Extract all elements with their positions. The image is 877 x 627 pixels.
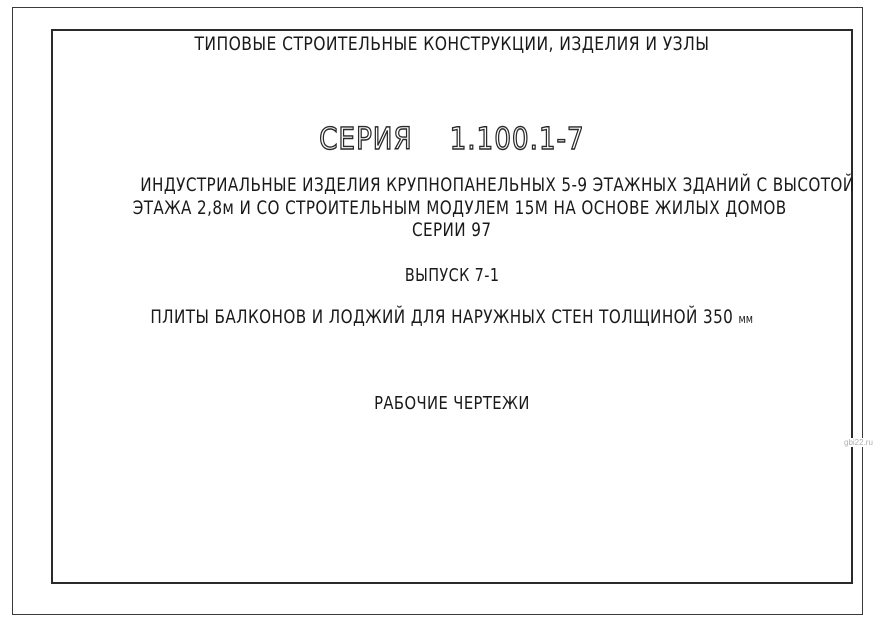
issue-number: ВЫПУСК 7-1 [51, 265, 853, 286]
series-number: 1.100.1-7 [450, 122, 585, 157]
header-text: ТИПОВЫЕ СТРОИТЕЛЬНЫЕ КОНСТРУКЦИИ, ИЗДЕЛИ… [195, 33, 710, 55]
watermark: gbi22.ru [843, 438, 874, 447]
working-drawings-label: РАБОЧИЕ ЧЕРТЕЖИ [51, 393, 853, 414]
title-line-1: ИНДУСТРИАЛЬНЫЕ ИЗДЕЛИЯ КРУПНОПАНЕЛЬНЫХ 5… [51, 174, 853, 196]
subject-text: ПЛИТЫ БАЛКОНОВ И ЛОДЖИЙ ДЛЯ НАРУЖНЫХ СТЕ… [151, 306, 734, 328]
series-title-group: СЕРИЯ1.100.1-7 [319, 122, 584, 157]
subject-group: ПЛИТЫ БАЛКОНОВ И ЛОДЖИЙ ДЛЯ НАРУЖНЫХ СТЕ… [151, 306, 754, 328]
series-title: СЕРИЯ1.100.1-7 [51, 122, 853, 157]
title-line-2: ЭТАЖА 2,8м И СО СТРОИТЕЛЬНЫМ МОДУЛЕМ 15М… [51, 197, 853, 219]
subject-unit: мм [739, 312, 753, 326]
title-line-3-text: СЕРИИ 97 [412, 219, 492, 241]
drawings-text: РАБОЧИЕ ЧЕРТЕЖИ [374, 393, 530, 414]
title-line-2-text: ЭТАЖА 2,8м И СО СТРОИТЕЛЬНЫМ МОДУЛЕМ 15М… [133, 197, 787, 219]
document-header: ТИПОВЫЕ СТРОИТЕЛЬНЫЕ КОНСТРУКЦИИ, ИЗДЕЛИ… [51, 33, 853, 55]
title-line-3: СЕРИИ 97 [51, 219, 853, 241]
issue-text: ВЫПУСК 7-1 [405, 265, 500, 286]
title-line-1-text: ИНДУСТРИАЛЬНЫЕ ИЗДЕЛИЯ КРУПНОПАНЕЛЬНЫХ 5… [140, 174, 854, 196]
series-label: СЕРИЯ [319, 122, 413, 157]
document-subject: ПЛИТЫ БАЛКОНОВ И ЛОДЖИЙ ДЛЯ НАРУЖНЫХ СТЕ… [51, 306, 853, 328]
